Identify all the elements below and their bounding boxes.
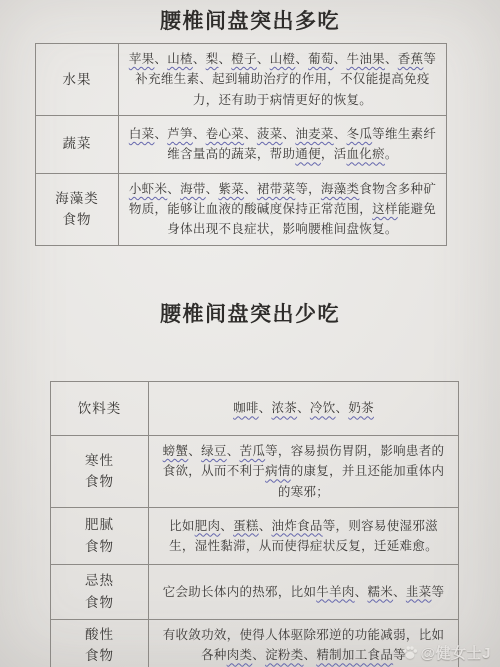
eat-less-title: 腰椎间盘突出少吃 xyxy=(0,298,500,328)
row-content-text: 苹果、山楂、梨、橙子、山橙、葡萄、牛油果、香蕉等补充维生素、起到辅助治疗的作用，… xyxy=(119,44,447,116)
text-run: 的康复，并且还能加重体内的寒邪； xyxy=(278,464,444,498)
underlined-term: 通便 xyxy=(295,147,321,161)
table-row: 寒性 食物螃蟹、绿豆、苦瓜等，容易损伤胃阴，影响患者的食欲，从而不利于病情的康复… xyxy=(51,436,459,508)
underlined-term: 绿豆 xyxy=(201,444,227,458)
underlined-term: 橙子 xyxy=(231,52,257,66)
eat-more-title: 腰椎间盘突出多吃 xyxy=(0,5,500,35)
watermark: @健女士J xyxy=(402,642,491,663)
row-content-text: 白菜、芦笋、卷心菜、菠菜、油麦菜、冬瓜等维生素纤维含量高的蔬菜，帮助通便，活血化… xyxy=(119,115,447,173)
text-run: 、 xyxy=(393,585,406,599)
table-row: 蔬菜白菜、芦笋、卷心菜、菠菜、油麦菜、冬瓜等维生素纤维含量高的蔬菜，帮助通便，活… xyxy=(36,115,447,173)
underlined-term: 牛羊肉 xyxy=(316,585,354,599)
text-run: 、 xyxy=(259,519,272,533)
underlined-term: 浓茶 xyxy=(271,401,297,415)
underlined-term: 血化瘀 xyxy=(347,147,385,161)
paw-icon xyxy=(402,645,418,660)
row-content-text: 螃蟹、绿豆、苦瓜等，容易损伤胃阴，影响患者的食欲，从而不利于病情的康复，并且还能… xyxy=(149,436,459,508)
underlined-term: 海带 xyxy=(180,182,206,196)
eat-less-table-body: 饮料类咖啡、浓茶、冷饮、奶茶寒性 食物螃蟹、绿豆、苦瓜等，容易损伤胃阴，影响患者… xyxy=(51,382,459,667)
text-run: 等 xyxy=(432,585,445,599)
text-run: 、 xyxy=(227,444,240,458)
row-category-label: 水果 xyxy=(36,44,119,116)
underlined-term: 油麦菜 xyxy=(295,127,333,141)
text-run: 、 xyxy=(220,519,233,533)
text-run: 、 xyxy=(154,127,167,141)
underlined-term: 淀粉类 xyxy=(265,648,303,662)
text-run: 它会助长体内的热邪，比如 xyxy=(163,585,317,599)
text-run: 、 xyxy=(355,585,368,599)
text-run: 比如 xyxy=(169,519,195,533)
underlined-term: 芦笋 xyxy=(167,127,193,141)
table-row: 饮料类咖啡、浓茶、冷饮、奶茶 xyxy=(51,382,459,436)
underlined-term: 油炸食品 xyxy=(272,519,323,533)
row-category-label: 海藻类 食物 xyxy=(36,173,119,245)
eat-less-table: 饮料类咖啡、浓茶、冷饮、奶茶寒性 食物螃蟹、绿豆、苦瓜等，容易损伤胃阴，影响患者… xyxy=(50,381,459,667)
row-category-label: 忌热 食物 xyxy=(51,564,149,619)
row-content-text: 咖啡、浓茶、冷饮、奶茶 xyxy=(149,382,459,436)
table-row: 水果苹果、山楂、梨、橙子、山橙、葡萄、牛油果、香蕉等补充维生素、起到辅助治疗的作… xyxy=(36,44,447,116)
text-run: 、 xyxy=(283,127,296,141)
text-run: 、 xyxy=(336,401,349,415)
underlined-term: 紫菜 xyxy=(218,182,244,196)
underlined-term: 山楂 xyxy=(167,52,193,66)
underlined-term: 韭菜 xyxy=(406,585,432,599)
text-run: 、 xyxy=(206,182,219,196)
row-category-label: 饮料类 xyxy=(51,382,149,436)
underlined-term: 肉类 xyxy=(227,648,253,662)
underlined-term: 病情 xyxy=(265,464,291,478)
text-run: 、 xyxy=(193,52,206,66)
underlined-term: 白菜 xyxy=(129,127,155,141)
text-run: 、 xyxy=(252,648,265,662)
text-run: 、 xyxy=(297,401,310,415)
watermark-text: @健女士J xyxy=(421,642,491,663)
text-run: 。 xyxy=(385,147,398,161)
underlined-term: 咖啡 xyxy=(233,401,259,415)
table-row: 海藻类 食物小虾米、海带、紫菜、裙带菜等，海藻类食物含多种矿物质，能够让血液的酸… xyxy=(36,173,447,245)
text-run: 、 xyxy=(167,182,180,196)
underlined-term: 这样 xyxy=(372,202,398,216)
row-content-text: 小虾米、海带、紫菜、裙带菜等，海藻类食物含多种矿物质，能够让血液的酸碱度保持正常… xyxy=(119,173,447,245)
text-run: 、 xyxy=(188,444,201,458)
eat-more-table: 水果苹果、山楂、梨、橙子、山橙、葡萄、牛油果、香蕉等补充维生素、起到辅助治疗的作… xyxy=(35,43,447,246)
underlined-term: 裙带菜 xyxy=(257,182,295,196)
underlined-term: 苹果 xyxy=(129,52,155,66)
text-run: 、 xyxy=(295,52,308,66)
text-run: 、 xyxy=(304,648,317,662)
text-run: 、 xyxy=(218,52,231,66)
underlined-term: 奶茶 xyxy=(348,401,374,415)
table-row: 酸性 食物有收敛功效，使得人体驱除邪逆的功能减弱，比如各种肉类、淀粉类、精制加工… xyxy=(51,619,459,667)
underlined-term: 蛋糕 xyxy=(233,519,259,533)
underlined-term: 卷心菜 xyxy=(206,127,244,141)
table-row: 忌热 食物它会助长体内的热邪，比如牛羊肉、糯米、韭菜等 xyxy=(51,564,459,619)
row-content-text: 它会助长体内的热邪，比如牛羊肉、糯米、韭菜等 xyxy=(149,564,459,619)
underlined-term: 菠菜 xyxy=(257,127,283,141)
row-category-label: 酸性 食物 xyxy=(51,619,149,667)
text-run: 、 xyxy=(385,52,398,66)
text-run: 、 xyxy=(193,127,206,141)
underlined-term: 香蕉 xyxy=(398,52,424,66)
underlined-term: 冷饮 xyxy=(310,401,336,415)
underlined-term: 苦瓜 xyxy=(240,444,266,458)
underlined-term: 小虾米 xyxy=(129,182,167,196)
text-run: 、 xyxy=(244,127,257,141)
document-page: 腰椎间盘突出多吃 水果苹果、山楂、梨、橙子、山橙、葡萄、牛油果、香蕉等补充维生素… xyxy=(0,0,500,667)
row-category-label: 蔬菜 xyxy=(36,115,119,173)
underlined-term: 梨 xyxy=(206,52,219,66)
row-category-label: 肥腻 食物 xyxy=(51,507,149,564)
underlined-term: 山橙 xyxy=(270,52,296,66)
row-category-label: 寒性 食物 xyxy=(51,436,149,508)
text-run: 、 xyxy=(259,401,272,415)
text-run: 、 xyxy=(244,182,257,196)
text-run: 、 xyxy=(257,52,270,66)
underlined-term: 冬瓜 xyxy=(347,127,373,141)
text-run: 、 xyxy=(154,52,167,66)
underlined-term: 螃蟹 xyxy=(163,444,189,458)
text-run: ，活 xyxy=(321,147,347,161)
underlined-term: 葡萄 xyxy=(308,52,334,66)
underlined-term: 肥肉 xyxy=(195,519,221,533)
text-run: 等， xyxy=(295,182,321,196)
underlined-term: 糯米 xyxy=(367,585,393,599)
underlined-term: 海藻类 xyxy=(321,182,359,196)
underlined-term: 精制加工食品 xyxy=(316,648,393,662)
row-content-text: 比如肥肉、蛋糕、油炸食品等，则容易使湿邪滋生，湿性黏滞，从而使得症状反复，迁延难… xyxy=(149,507,459,564)
table-row: 肥腻 食物比如肥肉、蛋糕、油炸食品等，则容易使湿邪滋生，湿性黏滞，从而使得症状反… xyxy=(51,507,459,564)
eat-more-table-body: 水果苹果、山楂、梨、橙子、山橙、葡萄、牛油果、香蕉等补充维生素、起到辅助治疗的作… xyxy=(36,44,447,246)
text-run: 、 xyxy=(334,52,347,66)
underlined-term: 牛油果 xyxy=(347,52,385,66)
text-run: 、 xyxy=(334,127,347,141)
